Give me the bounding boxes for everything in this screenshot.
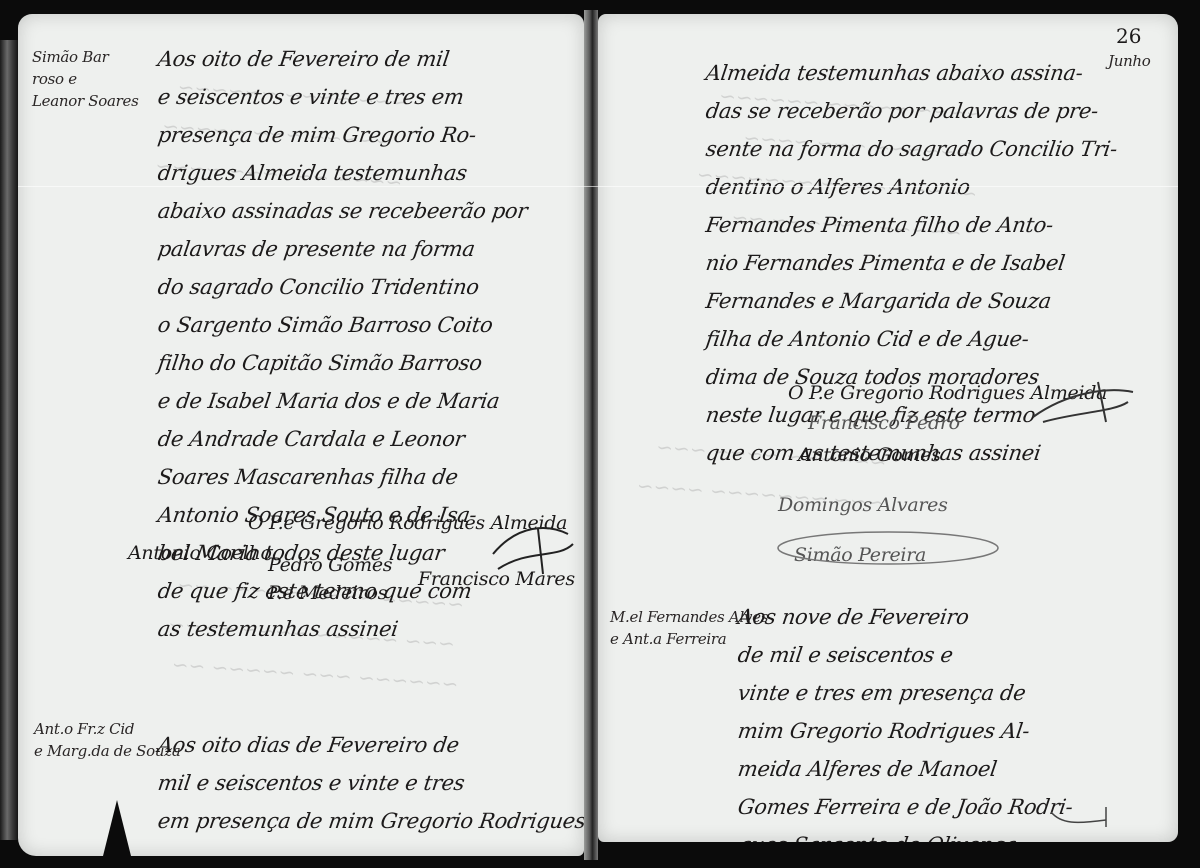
entry-line: Aos nove de Fevereiro xyxy=(735,598,1075,636)
manuscript-scan: ~~~ ~~~~ ~~~~~~ ~~~~~ ~~~ ~~~~~ ~~~~ ~~~… xyxy=(0,0,1200,868)
entry-line: de mil e seiscentos e xyxy=(735,636,1075,674)
entry-line: o Sargento Simão Barroso Coito xyxy=(155,306,530,344)
marriage-entry-3: Aos nove de Fevereiro de mil e seiscento… xyxy=(738,598,1073,842)
priest-signature: O P.e Gregorio Rodrigues Almeida xyxy=(788,378,1107,408)
entry-line: das se receberão por palavras de pre- xyxy=(703,92,1119,130)
entry-line: e seiscentos e vinte e tres em xyxy=(155,78,530,116)
margin-note-line: Leanor Soares xyxy=(32,90,139,112)
entry-line: presença de mim Gregorio Ro- xyxy=(155,116,530,154)
entry-line: do sagrado Concilio Tridentino xyxy=(155,268,530,306)
book-binding-edge xyxy=(0,40,18,840)
entry-line: filho do Capitão Simão Barroso xyxy=(155,344,530,382)
entry-line: meida Alferes de Manoel xyxy=(735,750,1075,788)
entry-line: Almeida testemunhas abaixo assina- xyxy=(703,54,1119,92)
entry-line: Fernandes e Margarida de Souza xyxy=(703,282,1119,320)
entry-line: sente na forma do sagrado Concilio Tri- xyxy=(703,130,1119,168)
margin-note-line: roso e xyxy=(32,68,139,90)
entry-line: Gomes Ferreira e de João Rodri- xyxy=(735,788,1075,826)
witness-signature: P.e Medeiros xyxy=(268,578,387,608)
margin-note-line: Simão Bar xyxy=(32,46,139,68)
scan-fold-line xyxy=(18,186,1178,187)
priest-signature: O P.e Gregorio Rodrigues Almeida xyxy=(248,508,567,538)
entry-line: mil e seiscentos e vinte e tres xyxy=(155,764,584,802)
entry-line: dentino o Alferes Antonio xyxy=(703,168,1119,206)
entry-line: mim Gregorio Rodrigues Al- xyxy=(735,712,1075,750)
entry-line: palavras de presente na forma xyxy=(155,230,530,268)
entry-line: nio Fernandes Pimenta e de Isabel xyxy=(703,244,1119,282)
margin-note-couple-names: Simão Bar roso e Leanor Soares xyxy=(32,46,139,112)
entry-line: filha de Antonio Cid e de Ague- xyxy=(703,320,1119,358)
witness-signature: Francisco Mares xyxy=(418,564,575,594)
entry-line: abaixo assinadas se recebeerão por xyxy=(155,192,530,230)
entry-line: e de Isabel Maria dos e de Maria xyxy=(155,382,530,420)
entry-line: em presença de mim Gregorio Rodrigues xyxy=(155,802,584,840)
witness-signature: Antonio Coelho xyxy=(128,538,272,568)
entry-line: gues Sargento de Olivença xyxy=(735,826,1075,842)
entry-line: Aos oito dias de Fevereiro de xyxy=(155,726,584,764)
left-page: ~~~ ~~~~ ~~~~~~ ~~~~~ ~~~ ~~~~~ ~~~~ ~~~… xyxy=(18,14,584,856)
entry-line: Soares Mascarenhas filha de xyxy=(155,458,530,496)
entry-line: Fernandes Pimenta filho de Anto- xyxy=(703,206,1119,244)
entry-line: vinte e tres em presença de xyxy=(735,674,1075,712)
witness-signature: Simão Pereira xyxy=(794,540,926,570)
right-page: ~~~~ ~~~~~ ~~~~~~ ~~~~~~ ~~~ ~~~~ ~~~~ ~… xyxy=(598,14,1178,842)
entry-line: Aos oito de Fevereiro de mil xyxy=(155,40,530,78)
witness-signature: Antonio Gomes xyxy=(798,440,941,470)
folio-number: 26 xyxy=(1116,24,1141,48)
witness-signature: Francisco Pedro xyxy=(808,408,960,438)
entry-line: as testemunhas assinei xyxy=(155,610,530,648)
witness-signature: Domingos Alvares xyxy=(778,490,948,520)
entry-line: de Andrade Cardala e Leonor xyxy=(155,420,530,458)
witness-signature: Pedro Gomes xyxy=(268,550,392,580)
marriage-entry-2: Aos oito dias de Fevereiro de mil e seis… xyxy=(158,726,584,840)
book-gutter xyxy=(584,10,598,860)
